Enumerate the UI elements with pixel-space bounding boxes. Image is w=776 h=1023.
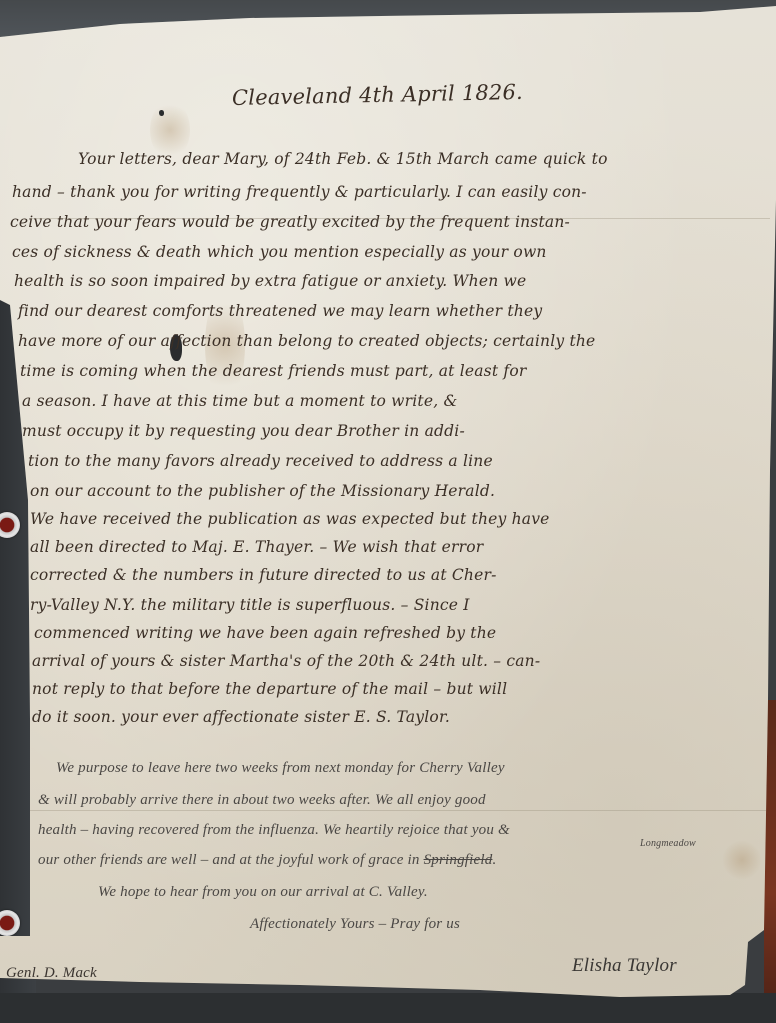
letter-line: on our account to the publisher of the M…	[30, 482, 495, 500]
letter-line: Your letters, dear Mary, of 24th Feb. & …	[78, 150, 608, 168]
letter-line: time is coming when the dearest friends …	[20, 362, 526, 380]
paper-hole	[159, 110, 164, 116]
paper-stain	[722, 840, 762, 880]
postscript-closing: Affectionately Yours – Pray for us	[250, 916, 460, 933]
letter-line: ces of sickness & death which you mentio…	[12, 243, 547, 261]
letter-line: a season. I have at this time but a mome…	[22, 392, 457, 410]
letter-line: do it soon. your ever affectionate siste…	[32, 708, 450, 726]
letter-line: not reply to that before the departure o…	[32, 680, 507, 698]
postscript-line: We purpose to leave here two weeks from …	[56, 760, 505, 777]
postscript-line-text: our other friends are well – and at the …	[38, 852, 420, 868]
fold-crease	[30, 810, 770, 811]
letter-line: We have received the publication as was …	[30, 510, 550, 528]
letter-line: commenced writing we have been again ref…	[34, 624, 496, 642]
letter-line: have more of our affection than belong t…	[18, 332, 595, 350]
letter-line: must occupy it by requesting you dear Br…	[22, 422, 465, 440]
signature-elisha-taylor: Elisha Taylor	[572, 955, 677, 977]
postscript-line: We hope to hear from you on our arrival …	[98, 884, 428, 901]
postscript-line: & will probably arrive there in about tw…	[38, 792, 486, 809]
letter-line: tion to the many favors already received…	[28, 452, 493, 470]
letter-line: ceive that your fears would be greatly e…	[10, 213, 570, 231]
annotation-genl-d-mack: Genl. D. Mack	[6, 965, 97, 982]
letter-dateline: Cleaveland 4th April 1826.	[232, 80, 523, 110]
letter-paper: Cleaveland 4th April 1826. Your letters,…	[0, 0, 776, 1023]
postscript-line: health – having recovered from the influ…	[38, 822, 510, 839]
letter-line: corrected & the numbers in future direct…	[30, 566, 497, 584]
letter-line: hand – thank you for writing frequently …	[12, 183, 587, 201]
letter-line: ry-Valley N.Y. the military title is sup…	[30, 596, 470, 614]
inserted-word: Longmeadow	[640, 838, 696, 849]
dark-backdrop-bottom	[0, 993, 776, 1023]
struck-word: Springfield	[424, 852, 493, 868]
letter-line: find our dearest comforts threatened we …	[18, 302, 542, 320]
letter-line: health is so soon impaired by extra fati…	[14, 272, 526, 290]
letter-line: all been directed to Maj. E. Thayer. – W…	[30, 538, 483, 556]
letter-line: arrival of yours & sister Martha's of th…	[32, 652, 540, 670]
postscript-line: our other friends are well – and at the …	[38, 852, 496, 869]
annotation-text: Genl. D. Mack	[6, 965, 97, 981]
